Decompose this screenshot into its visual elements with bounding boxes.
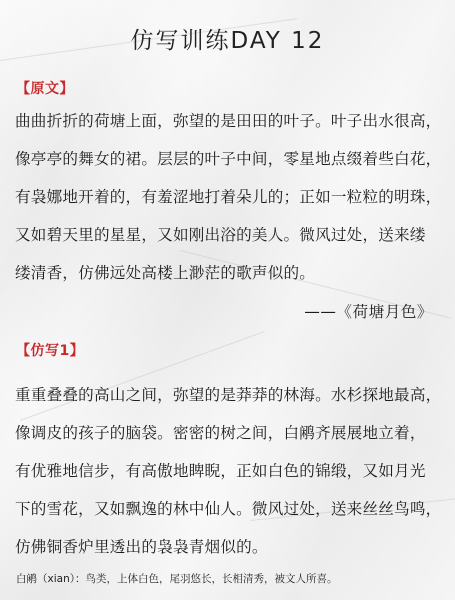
- text-line: 曲曲折折的荷塘上面，弥望的是田田的叶子。叶子出水很高，: [15, 102, 445, 140]
- page-title: 仿写训练DAY 12: [0, 22, 455, 55]
- text-line: 有袅娜地开着的，有羞涩地打着朵儿的；正如一粒粒的明珠，: [15, 178, 445, 216]
- section-label-original: 【原文】: [16, 78, 74, 98]
- text-line: 像调皮的孩子的脑袋。密密的树之间，白鹇齐展展地立着，: [15, 414, 445, 452]
- text-line: 像亭亭的舞女的裙。层层的叶子中间，零星地点缀着些白花，: [15, 140, 445, 178]
- section-label-imitation-1: 【仿写1】: [16, 340, 84, 360]
- source-citation: ——《荷塘月色》: [304, 300, 433, 322]
- text-line: 下的雪花，又如飘逸的林中仙人。微风过处，送来丝丝鸟鸣，: [15, 490, 445, 528]
- text-line: 缕清香，仿佛远处高楼上渺茫的歌声似的。: [15, 254, 445, 292]
- text-line: 又如碧天里的星星，又如刚出浴的美人。微风过处，送来缕: [15, 216, 445, 254]
- imitation-1-text: 重重叠叠的高山之间，弥望的是莽莽的林海。水杉探地最高， 像调皮的孩子的脑袋。密密…: [15, 376, 445, 566]
- text-line: 仿佛铜香炉里透出的袅袅青烟似的。: [15, 528, 445, 566]
- text-line: 重重叠叠的高山之间，弥望的是莽莽的林海。水杉探地最高，: [15, 376, 445, 414]
- text-line: 有优雅地信步，有高傲地睥睨，正如白色的锦缎，又如月光: [15, 452, 445, 490]
- original-text: 曲曲折折的荷塘上面，弥望的是田田的叶子。叶子出水很高， 像亭亭的舞女的裙。层层的…: [15, 102, 445, 292]
- vocabulary-note: 白鹇（xian）：鸟类，上体白色，尾羽悠长，长相清秀，被文人所喜。: [16, 571, 337, 586]
